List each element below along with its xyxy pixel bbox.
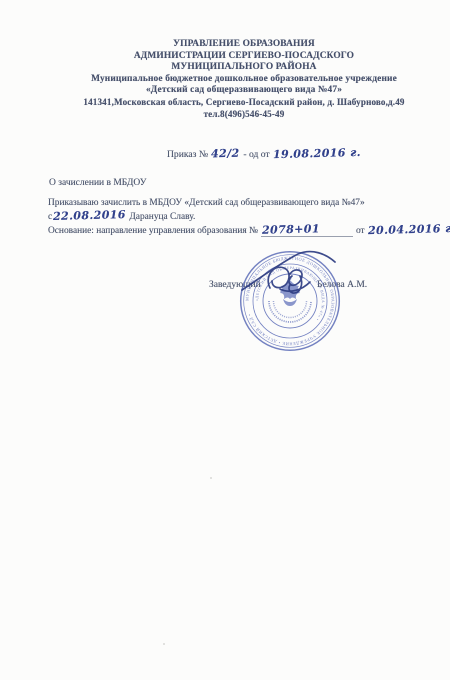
body-line-3: Основание: направление управления образо… (48, 223, 450, 237)
order-prefix: Приказ № (167, 149, 208, 160)
basis-date-handwritten: 20.04.2016 г. (367, 222, 450, 237)
basis-number-blank: 2078+01 (261, 225, 353, 237)
basis-number-handwritten: 2078+01 (261, 224, 321, 236)
order-number-handwritten: 42/2 (210, 147, 241, 161)
letterhead-phone: тел.8(496)546-45-49 (38, 109, 450, 121)
letterhead-line-2: АДМИНИСТРАЦИИ СЕРГИЕВО-ПОСАДСКОГО (38, 51, 450, 63)
handwritten-signature (232, 242, 347, 302)
order-number-line: Приказ № 42/2 - од от 19.08.2016 г. (167, 147, 362, 160)
order-date-handwritten: 19.08.2016 г. (272, 146, 362, 161)
basis-middle: от (356, 226, 365, 236)
body-line-2: с22.08.2016 Дарануца Славу. (48, 209, 195, 222)
body-line-1: Приказываю зачислить в МБДОУ «Детский са… (48, 198, 365, 208)
scan-speck (163, 643, 165, 645)
scan-speck (210, 477, 212, 479)
order-middle: - од от (243, 149, 269, 160)
letterhead-address: 141341,Московская область, Сергиево-Поса… (38, 97, 450, 109)
enrollment-date-handwritten: 22.08.2016 (52, 208, 127, 223)
letterhead-line-3: МУНИЦИПАЛЬНОГО РАЙОНА (38, 62, 450, 74)
scanned-order-document: УПРАВЛЕНИЕ ОБРАЗОВАНИЯ АДМИНИСТРАЦИИ СЕР… (0, 0, 450, 680)
letterhead-line-5: «Детский сад общеразвивающего вида №47» (38, 85, 450, 97)
letterhead-line-1: УПРАВЛЕНИЕ ОБРАЗОВАНИЯ (38, 39, 450, 51)
basis-prefix: Основание: направление управления образо… (48, 226, 258, 236)
letterhead: УПРАВЛЕНИЕ ОБРАЗОВАНИЯ АДМИНИСТРАЦИИ СЕР… (38, 39, 450, 120)
subject-line: О зачислении в МБДОУ (49, 178, 146, 188)
child-name: Дарануца Славу. (129, 212, 195, 222)
letterhead-line-4: Муниципальное бюджетное дошкольное образ… (38, 74, 450, 86)
